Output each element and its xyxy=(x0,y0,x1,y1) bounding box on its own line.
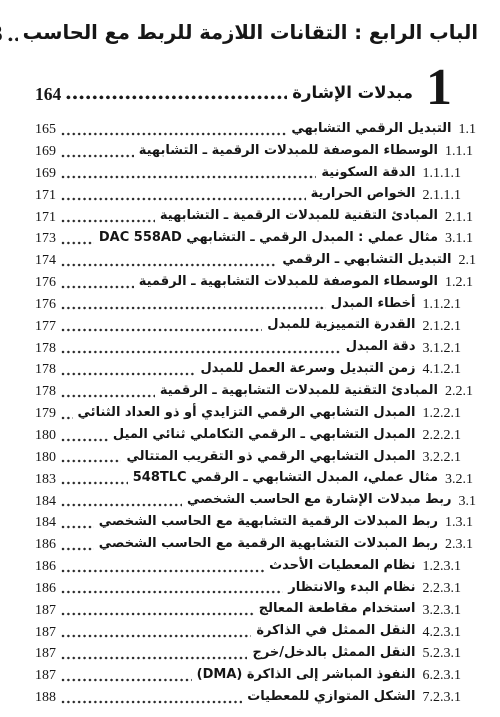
entry-page-number: 184 xyxy=(35,493,56,511)
entry-page-number: 187 xyxy=(35,624,56,642)
entry-title: التبديل الرقمي التشابهي xyxy=(291,120,451,139)
dot-leader xyxy=(61,590,283,594)
entry-page-number: 169 xyxy=(35,143,56,161)
entry-page-number: 171 xyxy=(35,209,56,227)
entry-page-number: 173 xyxy=(35,230,56,248)
toc-entry: 3.2.3.1استخدام مقاطعة المعالج187 xyxy=(35,597,478,619)
entry-title: الشكل المتوازي للمعطيات xyxy=(247,688,415,707)
section-row: 1 مبدلات الإشارة 164 xyxy=(35,63,478,104)
entry-section-number: 4.2.3.1 xyxy=(423,624,462,642)
toc-entry: 1.2.2.1المبدل التشابهي الرقمي التزايدي أ… xyxy=(35,401,478,423)
dot-leader xyxy=(61,678,192,682)
toc-entry: 4.1.2.1زمن التبديل وسرعة العمل للمبدل178 xyxy=(35,357,478,379)
entry-title: نظام البدء والانتظار xyxy=(288,579,415,598)
entry-page-number: 176 xyxy=(35,296,56,314)
entry-section-number: 3.1.2.1 xyxy=(423,340,462,358)
chapter-header-row: الباب الرابع : التقانات اللازمة للربط مع… xyxy=(35,20,478,46)
entry-title: النقل الممثل بالدخل/خرج xyxy=(252,644,415,663)
dot-leader xyxy=(61,350,341,354)
entry-page-number: 178 xyxy=(35,383,56,401)
dot-leader xyxy=(8,37,18,42)
entry-title: دقة المبدل xyxy=(346,338,416,357)
toc-entry: 1.2.1الوسطاء الموصفة للمبدلات التشابهية … xyxy=(35,270,478,292)
entry-title: المبدل التشابهي الرقمي التزايدي أو ذو ال… xyxy=(78,404,416,423)
entry-section-number: 2.2.1 xyxy=(445,383,473,401)
entry-page-number: 187 xyxy=(35,645,56,663)
dot-leader xyxy=(61,394,155,398)
toc-entry: 2.1.2.1القدرة التمييزية للمبدل177 xyxy=(35,313,478,335)
entry-page-number: 177 xyxy=(35,318,56,336)
entry-section-number: 5.2.3.1 xyxy=(423,645,462,663)
entry-title: الخواص الحرارية xyxy=(311,185,416,204)
entry-section-number: 2.1.1.1 xyxy=(423,187,462,205)
toc-entry: 1.2.3.1نظام المعطيات الأحدث186 xyxy=(35,554,478,576)
entry-page-number: 187 xyxy=(35,602,56,620)
entry-title: الوسطاء الموصفة للمبدلات التشابهية ـ الر… xyxy=(139,273,438,292)
entry-section-number: 2.1.2.1 xyxy=(423,318,462,336)
entry-page-number: 186 xyxy=(35,558,56,576)
toc-entry: 2.2.2.1المبدل التشابهي ـ الرقمي التكاملي… xyxy=(35,423,478,445)
entry-section-number: 3.1 xyxy=(459,493,477,511)
entry-page-number: 165 xyxy=(35,121,56,139)
dot-leader xyxy=(61,306,326,310)
dot-leader xyxy=(61,132,286,136)
entry-section-number: 4.1.2.1 xyxy=(423,361,462,379)
dot-leader xyxy=(61,525,94,529)
entry-page-number: 188 xyxy=(35,689,56,707)
entry-title: التبديل التشابهي ـ الرقمي xyxy=(282,251,451,270)
entry-section-number: 2.1 xyxy=(459,252,477,270)
entry-title: النقل الممثل في الذاكرة xyxy=(256,622,415,641)
dot-leader xyxy=(61,569,264,573)
dot-leader xyxy=(61,175,316,179)
entry-title: الوسطاء الموصفة للمبدلات الرقمية ـ التشا… xyxy=(139,142,438,161)
entry-section-number: 1.3.1 xyxy=(445,514,473,532)
dot-leader xyxy=(61,481,128,485)
dot-leader xyxy=(61,154,134,158)
entry-page-number: 187 xyxy=(35,667,56,685)
entry-page-number: 178 xyxy=(35,340,56,358)
toc-entry: 6.2.3.1النفوذ المباشر إلى الذاكرة (DMA)1… xyxy=(35,663,478,685)
dot-leader xyxy=(61,197,306,201)
toc-entry: 3.2.1مثال عملي، المبدل التشابهي ـ الرقمي… xyxy=(35,466,478,488)
dot-leader xyxy=(61,503,182,507)
dot-leader xyxy=(61,416,73,420)
entry-section-number: 3.1.1 xyxy=(445,230,473,248)
toc-entry: 2.3.1ربط المبدلات التشابهية الرقمية مع ا… xyxy=(35,532,478,554)
toc-entry: 5.2.3.1النقل الممثل بالدخل/خرج187 xyxy=(35,641,478,663)
entry-title: زمن التبديل وسرعة العمل للمبدل xyxy=(201,360,416,379)
entry-title: المبادئ التقنية للمبدلات التشابهية ـ الر… xyxy=(160,382,438,401)
toc-entry: 1.1.1.1الدقة السكونية169 xyxy=(35,161,478,183)
entry-title: المبدل التشابهي الرقمي ذو التقريب المتتا… xyxy=(126,448,415,467)
dot-leader xyxy=(61,241,94,245)
entry-title: ربط مبدلات الإشارة مع الحاسب الشخصي xyxy=(187,491,451,510)
dot-leader xyxy=(61,438,108,442)
entry-title: المبادئ التقنية للمبدلات الرقمية ـ التشا… xyxy=(160,207,438,226)
entry-title: ربط المبدلات التشابهية الرقمية مع الحاسب… xyxy=(99,535,438,554)
entry-page-number: 180 xyxy=(35,449,56,467)
dot-leader xyxy=(61,700,242,704)
entry-page-number: 183 xyxy=(35,471,56,489)
entry-section-number: 1.2.2.1 xyxy=(423,405,462,423)
toc-entry: 1.1التبديل الرقمي التشابهي165 xyxy=(35,117,478,139)
dot-leader xyxy=(61,263,277,267)
dot-leader xyxy=(61,459,121,463)
toc-entry: 1.1.1الوسطاء الموصفة للمبدلات الرقمية ـ … xyxy=(35,139,478,161)
entry-page-number: 171 xyxy=(35,187,56,205)
toc-entry: 1.3.1ربط المبدلات الرقمية التشابهية مع ا… xyxy=(35,510,478,532)
dot-leader xyxy=(61,372,196,376)
toc-page: الباب الرابع : التقانات اللازمة للربط مع… xyxy=(0,0,500,717)
toc-entry: 7.2.3.1الشكل المتوازي للمعطيات188 xyxy=(35,685,478,707)
entry-section-number: 1.1.1 xyxy=(445,143,473,161)
chapter-header-title: الباب الرابع : التقانات اللازمة للربط مع… xyxy=(23,20,478,46)
entry-section-number: 1.1.2.1 xyxy=(423,296,462,314)
toc-entry: 3.1.1مثال عملي : المبدل الرقمي ـ التشابه… xyxy=(35,226,478,248)
toc-entry: 2.2.1المبادئ التقنية للمبدلات التشابهية … xyxy=(35,379,478,401)
entry-section-number: 3.2.3.1 xyxy=(423,602,462,620)
entry-section-number: 1.2.1 xyxy=(445,274,473,292)
entry-title: الدقة السكونية xyxy=(321,164,415,183)
toc-entry: 4.2.3.1النقل الممثل في الذاكرة187 xyxy=(35,619,478,641)
entry-page-number: 179 xyxy=(35,405,56,423)
entry-page-number: 184 xyxy=(35,514,56,532)
section-big-number: 1 xyxy=(426,68,452,109)
entry-section-number: 1.1.1.1 xyxy=(423,165,462,183)
dot-leader xyxy=(61,328,262,332)
toc-entry: 2.1.1المبادئ التقنية للمبدلات الرقمية ـ … xyxy=(35,204,478,226)
entry-page-number: 176 xyxy=(35,274,56,292)
entry-title: ربط المبدلات الرقمية التشابهية مع الحاسب… xyxy=(99,513,438,532)
entry-section-number: 3.2.1 xyxy=(445,471,473,489)
entry-title: استخدام مقاطعة المعالج xyxy=(259,600,416,619)
entry-page-number: 178 xyxy=(35,361,56,379)
dot-leader xyxy=(61,634,251,638)
entry-page-number: 186 xyxy=(35,580,56,598)
entry-title: المبدل التشابهي ـ الرقمي التكاملي ثنائي … xyxy=(113,426,416,445)
entry-page-number: 169 xyxy=(35,165,56,183)
entry-section-number: 3.2.2.1 xyxy=(423,449,462,467)
section-page-number: 164 xyxy=(35,84,61,104)
toc-entry: 2.1التبديل التشابهي ـ الرقمي174 xyxy=(35,248,478,270)
dot-leader xyxy=(61,656,247,660)
section-title: مبدلات الإشارة xyxy=(292,81,413,104)
entry-page-number: 186 xyxy=(35,536,56,554)
entry-section-number: 1.2.3.1 xyxy=(423,558,462,576)
entry-page-number: 174 xyxy=(35,252,56,270)
dot-leader xyxy=(61,219,155,223)
entry-title: القدرة التمييزية للمبدل xyxy=(267,316,415,335)
chapter-header-page-number: 163 xyxy=(0,21,3,46)
entry-section-number: 7.2.3.1 xyxy=(423,689,462,707)
entry-title: نظام المعطيات الأحدث xyxy=(269,557,415,576)
entry-section-number: 6.2.3.1 xyxy=(423,667,462,685)
dot-leader xyxy=(61,285,134,289)
entry-title: النفوذ المباشر إلى الذاكرة (DMA) xyxy=(197,666,416,685)
toc-entry: 3.1.2.1دقة المبدل178 xyxy=(35,335,478,357)
toc-entries-list: 1.1التبديل الرقمي التشابهي1651.1.1الوسطا… xyxy=(35,117,478,707)
toc-entry: 1.1.2.1أخطاء المبدل176 xyxy=(35,292,478,314)
entry-title: مثال عملي : المبدل الرقمي ـ التشابهي DAC… xyxy=(99,229,438,248)
entry-section-number: 2.2.3.1 xyxy=(423,580,462,598)
entry-section-number: 2.3.1 xyxy=(445,536,473,554)
toc-entry: 2.1.1.1الخواص الحرارية171 xyxy=(35,182,478,204)
dot-leader xyxy=(66,95,287,100)
entry-page-number: 180 xyxy=(35,427,56,445)
entry-title: مثال عملي، المبدل التشابهي ـ الرقمي 548T… xyxy=(133,469,438,488)
dot-leader xyxy=(61,612,254,616)
toc-entry: 3.2.2.1المبدل التشابهي الرقمي ذو التقريب… xyxy=(35,445,478,467)
entry-section-number: 1.1 xyxy=(459,121,477,139)
toc-entry: 2.2.3.1نظام البدء والانتظار186 xyxy=(35,576,478,598)
entry-section-number: 2.2.2.1 xyxy=(423,427,462,445)
entry-title: أخطاء المبدل xyxy=(331,295,416,314)
dot-leader xyxy=(61,547,94,551)
toc-entry: 3.1ربط مبدلات الإشارة مع الحاسب الشخصي18… xyxy=(35,488,478,510)
entry-section-number: 2.1.1 xyxy=(445,209,473,227)
